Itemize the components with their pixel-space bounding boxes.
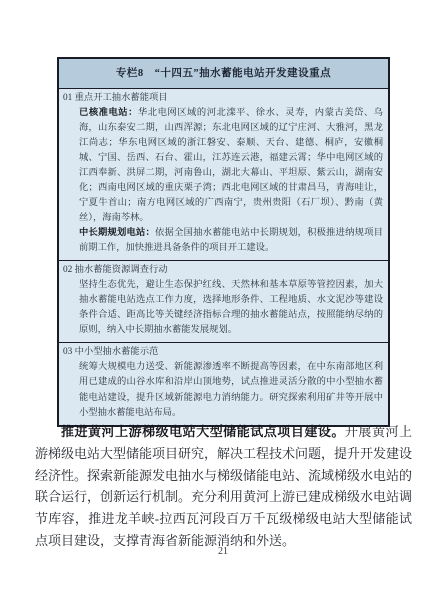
section-resource-survey: 02 抽水蓄能资源调查行动 坚持生态优先，避让生态保护红线、天然林和基本草原等管… <box>59 260 388 342</box>
body-paragraph-text: 开展黄河上游梯级电站大型储能项目研究，解决工程技术问题，提升开发建设经济性。探索… <box>35 424 412 548</box>
paragraph-lead: 已核准电站： <box>79 108 138 118</box>
paragraph-longterm-plan: 中长期规划电站：依据全国抽水蓄能电站中长期规划，积极推进纳规项目前期工作，加快推… <box>63 226 383 256</box>
paragraph-approved-stations: 已核准电站：华北电网区域的河北滦平、徐水、灵寿，内蒙古美岱、乌海，山东泰安二期，… <box>63 106 383 226</box>
page-number: 21 <box>0 546 446 557</box>
paragraph: 统筹大规模电力送受、新能源渗透率不断提高等因素，在中东南部地区利用已建成的山谷水… <box>63 360 383 420</box>
column8-panel: 专栏8 “十四五”抽水蓄能电站开发建设重点 01 重点开工抽水蓄能项目 已核准电… <box>57 57 390 427</box>
paragraph-lead: 中长期规划电站： <box>79 228 155 238</box>
section-heading: 02 抽水蓄能资源调查行动 <box>63 263 383 278</box>
paragraph: 坚持生态优先，避让生态保护红线、天然林和基本草原等管控因素，加大抽水蓄能电站选点… <box>63 278 383 338</box>
section-small-medium-demo: 03 中小型抽水蓄能示范 统筹大规模电力送受、新能源渗透率不断提高等因素，在中东… <box>59 342 388 424</box>
body-paragraph: 推进黄河上游梯级电站大型储能试点项目建设。开展黄河上游梯级电站大型储能项目研究，… <box>35 421 412 552</box>
section-heading: 01 重点开工抽水蓄能项目 <box>63 91 383 106</box>
paragraph-text: 统筹大规模电力送受、新能源渗透率不断提高等因素，在中东南部地区利用已建成的山谷水… <box>79 362 383 417</box>
section-key-projects: 01 重点开工抽水蓄能项目 已核准电站：华北电网区域的河北滦平、徐水、灵寿，内蒙… <box>59 89 388 261</box>
panel-title: 专栏8 “十四五”抽水蓄能电站开发建设重点 <box>59 59 388 89</box>
body-paragraph-lead: 推进黄河上游梯级电站大型储能试点项目建设。 <box>61 424 345 439</box>
document-page: 专栏8 “十四五”抽水蓄能电站开发建设重点 01 重点开工抽水蓄能项目 已核准电… <box>0 0 446 607</box>
paragraph-text: 坚持生态优先，避让生态保护红线、天然林和基本草原等管控因素，加大抽水蓄能电站选点… <box>79 280 383 335</box>
paragraph-text: 华北电网区域的河北滦平、徐水、灵寿，内蒙古美岱、乌海，山东泰安二期，山西浑源；东… <box>79 108 383 223</box>
section-heading: 03 中小型抽水蓄能示范 <box>63 345 383 360</box>
